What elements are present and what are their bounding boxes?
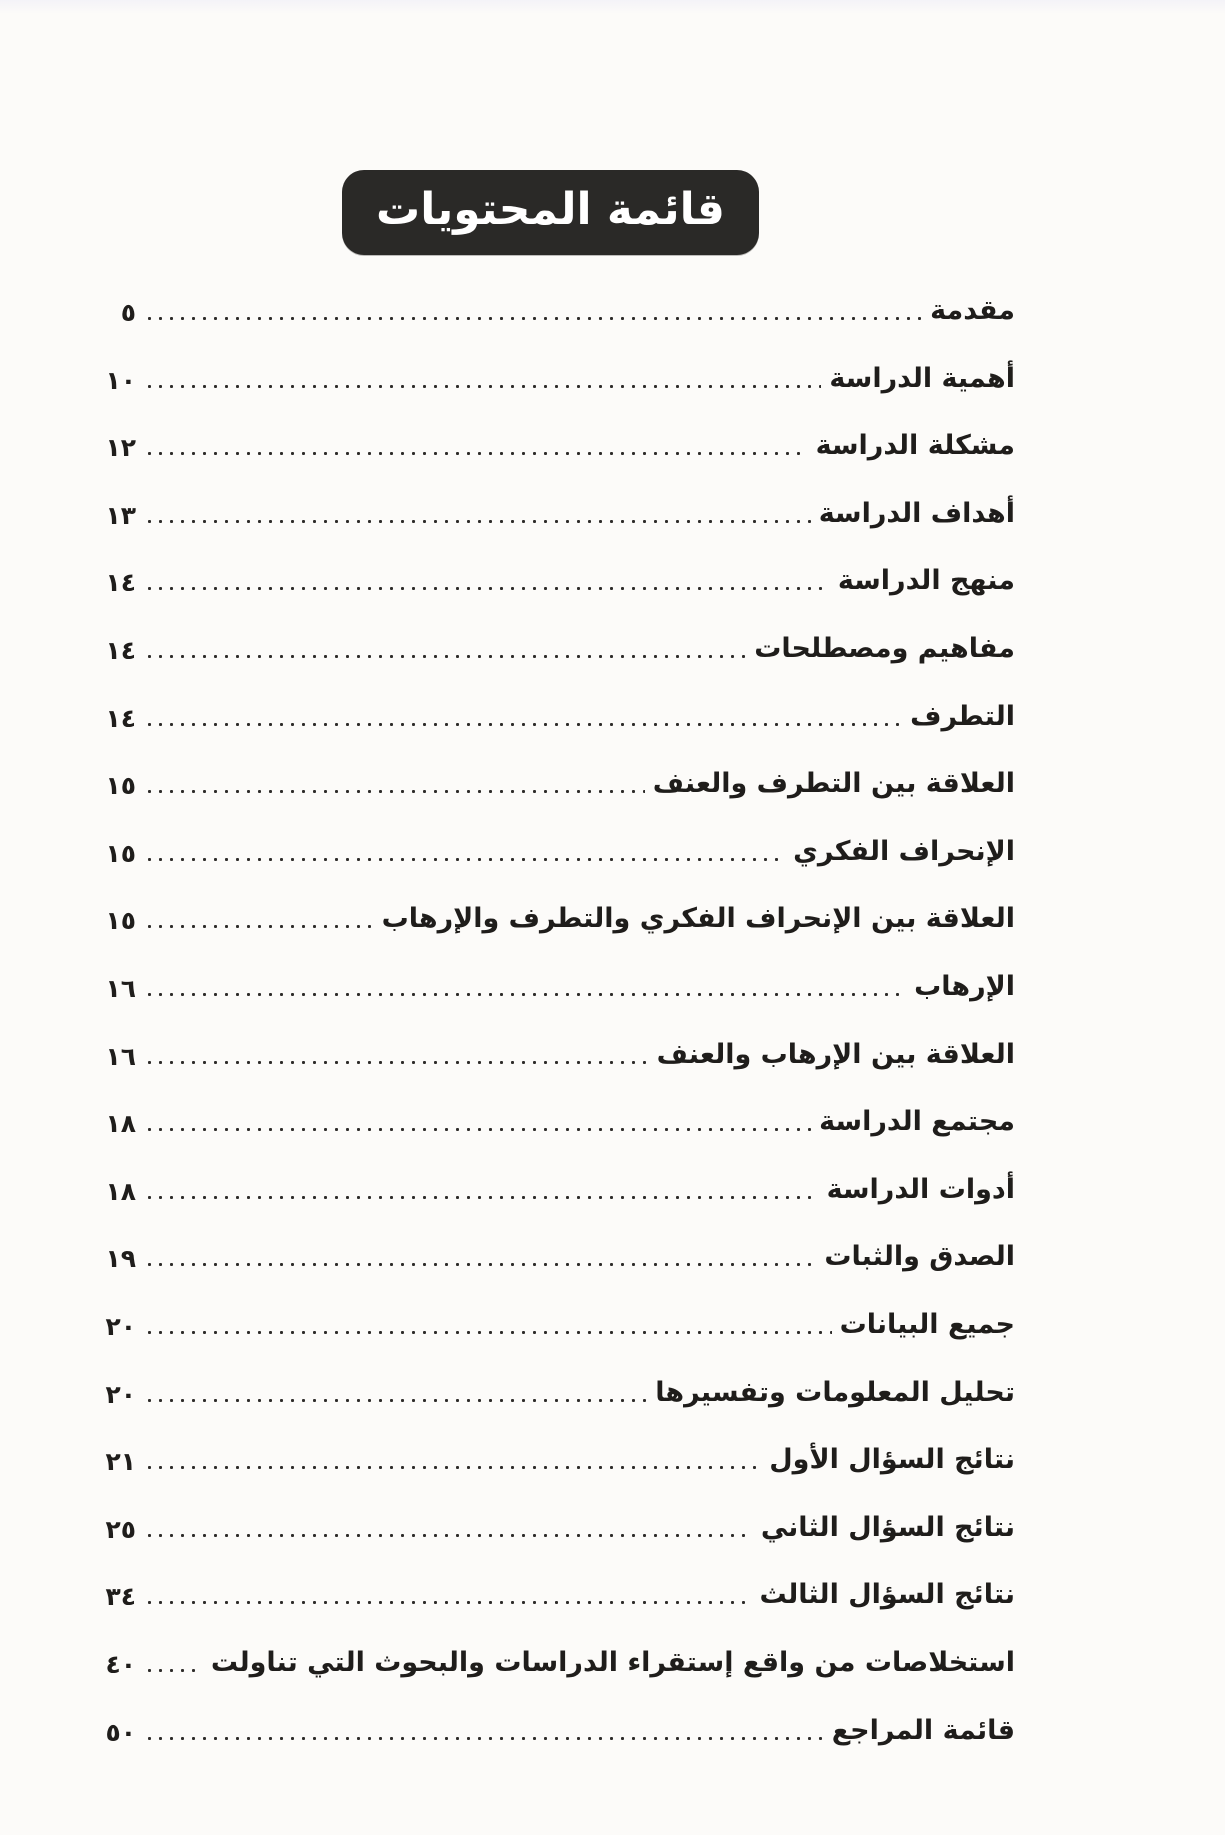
toc-entry-page-number: ٥ bbox=[86, 300, 144, 325]
toc-entry-page-number: ١٨ bbox=[86, 1111, 144, 1136]
toc-entry-page-number: ١٢ bbox=[86, 435, 144, 460]
dot-leader bbox=[144, 1195, 819, 1200]
toc-entry-label: التطرف bbox=[902, 703, 1015, 730]
toc-entry-label: أهداف الدراسة bbox=[811, 500, 1015, 527]
toc-entry-page-number: ١٤ bbox=[86, 706, 144, 731]
toc-title-badge: قائمة المحتويات bbox=[342, 170, 759, 255]
toc-entry: العلاقة بين الإرهاب والعنف ١٦ bbox=[86, 1020, 1015, 1088]
toc-entry-label: الإنحراف الفكري bbox=[785, 838, 1015, 865]
toc-entry-label: منهج الدراسة bbox=[830, 567, 1015, 594]
dot-leader bbox=[144, 1600, 752, 1605]
dot-leader bbox=[144, 586, 830, 591]
toc-entry: العلاقة بين التطرف والعنف ١٥ bbox=[86, 750, 1015, 818]
toc-entry: نتائج السؤال الأول ٢١ bbox=[86, 1426, 1015, 1494]
toc-entry: العلاقة بين الإنحراف الفكري والتطرف والإ… bbox=[86, 885, 1015, 953]
toc-entry-page-number: ٥٠ bbox=[86, 1720, 144, 1745]
dot-leader bbox=[144, 722, 902, 727]
toc-entry-label: العلاقة بين التطرف والعنف bbox=[645, 770, 1015, 797]
toc-entry: التطرف ١٤ bbox=[86, 682, 1015, 750]
toc-entry-label: نتائج السؤال الثاني bbox=[753, 1514, 1015, 1541]
toc-entry: مفاهيم ومصطلحات ١٤ bbox=[86, 615, 1015, 683]
toc-entry-page-number: ١٠ bbox=[86, 368, 144, 393]
dot-leader bbox=[144, 857, 785, 862]
dot-leader bbox=[144, 1668, 203, 1673]
dot-leader bbox=[144, 1330, 832, 1335]
toc-entry-label: مشكلة الدراسة bbox=[808, 432, 1015, 459]
toc-entry-page-number: ١٤ bbox=[86, 638, 144, 663]
toc-entry-page-number: ٣٤ bbox=[86, 1584, 144, 1609]
toc-entry: أهداف الدراسة ١٣ bbox=[86, 480, 1015, 548]
dot-leader bbox=[144, 1465, 761, 1470]
toc-entry: مشكلة الدراسة ١٢ bbox=[86, 412, 1015, 480]
toc-entry-label: مفاهيم ومصطلحات bbox=[746, 635, 1015, 662]
dot-leader bbox=[144, 1736, 824, 1741]
toc-entry-label: مجتمع الدراسة bbox=[811, 1108, 1015, 1135]
toc-entry: أهمية الدراسة ١٠ bbox=[86, 344, 1015, 412]
dot-leader bbox=[144, 924, 374, 929]
toc-entry-label: نتائج السؤال الأول bbox=[761, 1446, 1015, 1473]
toc-entry-page-number: ١٨ bbox=[86, 1179, 144, 1204]
toc-entry-label: أهمية الدراسة bbox=[821, 365, 1015, 392]
toc-entry: الإرهاب ١٦ bbox=[86, 953, 1015, 1021]
toc-entry-label: استخلاصات من واقع إستقراء الدراسات والبح… bbox=[203, 1649, 1015, 1676]
toc-entry-page-number: ١٥ bbox=[86, 841, 144, 866]
toc-entry-label: الإرهاب bbox=[906, 973, 1015, 1000]
toc-entry: نتائج السؤال الثاني ٢٥ bbox=[86, 1493, 1015, 1561]
toc-entry-label: الصدق والثبات bbox=[816, 1243, 1015, 1270]
toc-entry-label: جميع البيانات bbox=[832, 1311, 1015, 1338]
toc-entry: تحليل المعلومات وتفسيرها ٢٠ bbox=[86, 1358, 1015, 1426]
dot-leader bbox=[144, 384, 821, 389]
toc-list: مقدمة ٥ أهمية الدراسة ١٠ مشكلة الدراسة ١… bbox=[86, 277, 1015, 1764]
toc-entry-label: مقدمة bbox=[922, 297, 1015, 324]
dot-leader bbox=[144, 316, 922, 321]
toc-entry: مقدمة ٥ bbox=[86, 277, 1015, 345]
toc-entry-page-number: ١٦ bbox=[86, 1044, 144, 1069]
scanned-book-page: { "page": { "title": "قائمة المحتويات", … bbox=[0, 0, 1225, 1835]
toc-entry-label: العلاقة بين الإرهاب والعنف bbox=[649, 1041, 1015, 1068]
dot-leader bbox=[144, 1262, 816, 1267]
dot-leader bbox=[144, 451, 808, 456]
toc-entry: منهج الدراسة ١٤ bbox=[86, 547, 1015, 615]
toc-entry-page-number: ٢٠ bbox=[86, 1314, 144, 1339]
dot-leader bbox=[144, 1533, 753, 1538]
toc-entry: استخلاصات من واقع إستقراء الدراسات والبح… bbox=[86, 1629, 1015, 1697]
toc-entry-page-number: ٤٠ bbox=[86, 1652, 144, 1677]
dot-leader bbox=[144, 992, 906, 997]
toc-entry-label: قائمة المراجع bbox=[824, 1717, 1015, 1744]
toc-entry-page-number: ١٦ bbox=[86, 976, 144, 1001]
toc-entry-page-number: ٢٠ bbox=[86, 1382, 144, 1407]
dot-leader bbox=[144, 1398, 647, 1403]
toc-entry-page-number: ١٥ bbox=[86, 773, 144, 798]
toc-entry: نتائج السؤال الثالث ٣٤ bbox=[86, 1561, 1015, 1629]
dot-leader bbox=[144, 519, 811, 524]
toc-entry-label: أدوات الدراسة bbox=[819, 1176, 1015, 1203]
page-title: قائمة المحتويات bbox=[376, 184, 725, 235]
dot-leader bbox=[144, 654, 746, 659]
toc-page: قائمة المحتويات مقدمة ٥ أهمية الدراسة ١٠… bbox=[0, 0, 1225, 1835]
toc-entry-page-number: ١٥ bbox=[86, 908, 144, 933]
toc-content: قائمة المحتويات مقدمة ٥ أهمية الدراسة ١٠… bbox=[86, 0, 1015, 1764]
dot-leader bbox=[144, 1127, 811, 1132]
dot-leader bbox=[144, 1060, 649, 1065]
toc-entry-page-number: ٢١ bbox=[86, 1449, 144, 1474]
toc-entry: أدوات الدراسة ١٨ bbox=[86, 1156, 1015, 1224]
title-badge-wrap: قائمة المحتويات bbox=[86, 0, 1015, 255]
toc-entry-label: العلاقة بين الإنحراف الفكري والتطرف والإ… bbox=[374, 905, 1015, 932]
toc-entry-label: تحليل المعلومات وتفسيرها bbox=[647, 1379, 1015, 1406]
toc-entry: الصدق والثبات ١٩ bbox=[86, 1223, 1015, 1291]
toc-entry-page-number: ١٣ bbox=[86, 503, 144, 528]
toc-entry-page-number: ١٤ bbox=[86, 570, 144, 595]
toc-entry-label: نتائج السؤال الثالث bbox=[752, 1581, 1015, 1608]
toc-entry: الإنحراف الفكري ١٥ bbox=[86, 818, 1015, 886]
toc-entry: مجتمع الدراسة ١٨ bbox=[86, 1088, 1015, 1156]
toc-entry-page-number: ٢٥ bbox=[86, 1517, 144, 1542]
toc-entry-page-number: ١٩ bbox=[86, 1246, 144, 1271]
dot-leader bbox=[144, 789, 645, 794]
toc-entry: قائمة المراجع ٥٠ bbox=[86, 1696, 1015, 1764]
toc-entry: جميع البيانات ٢٠ bbox=[86, 1291, 1015, 1359]
